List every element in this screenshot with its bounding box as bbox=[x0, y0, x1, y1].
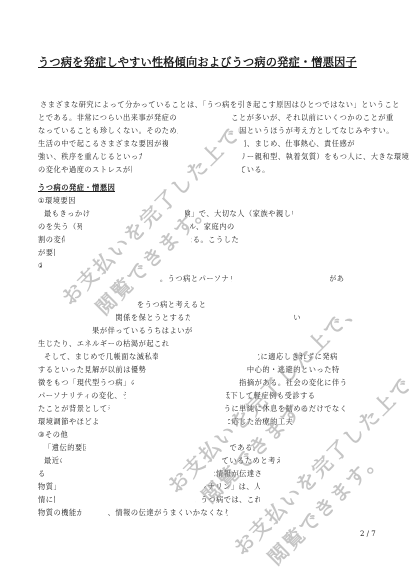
redaction-mask bbox=[98, 415, 228, 426]
redaction-mask bbox=[134, 376, 238, 387]
text-line: さまざまな研究によって分かっていることは、「うつ病を引き起こす原因はひとつではな… bbox=[40, 100, 400, 110]
redaction-mask bbox=[36, 324, 92, 335]
document-title: うつ病を発症しやすい性格傾向およびうつ病の発症・憎悪因子 bbox=[38, 54, 357, 70]
text-line: ③その他 bbox=[38, 430, 68, 440]
redaction-mask bbox=[293, 207, 410, 218]
redaction-mask bbox=[285, 220, 410, 231]
redaction-mask bbox=[146, 363, 246, 374]
page-number: 2 / 7 bbox=[360, 530, 376, 538]
redaction-mask bbox=[158, 350, 258, 361]
text-line: ①環境要因 bbox=[38, 196, 76, 206]
text-line: うつ病の発症・憎悪因子 bbox=[38, 183, 123, 193]
redaction-mask bbox=[192, 324, 280, 335]
redaction-mask bbox=[126, 389, 226, 400]
redaction-mask bbox=[82, 506, 108, 517]
redaction-mask bbox=[55, 493, 195, 504]
redaction-mask bbox=[232, 272, 330, 283]
redaction-mask bbox=[206, 298, 310, 309]
redaction-mask bbox=[265, 233, 365, 244]
redaction-mask bbox=[190, 311, 292, 322]
redaction-mask bbox=[110, 402, 222, 413]
document-page: うつ病を発症しやすい性格傾向およびうつ病の発症・憎悪因子 さまざまな研究によって… bbox=[0, 0, 410, 580]
